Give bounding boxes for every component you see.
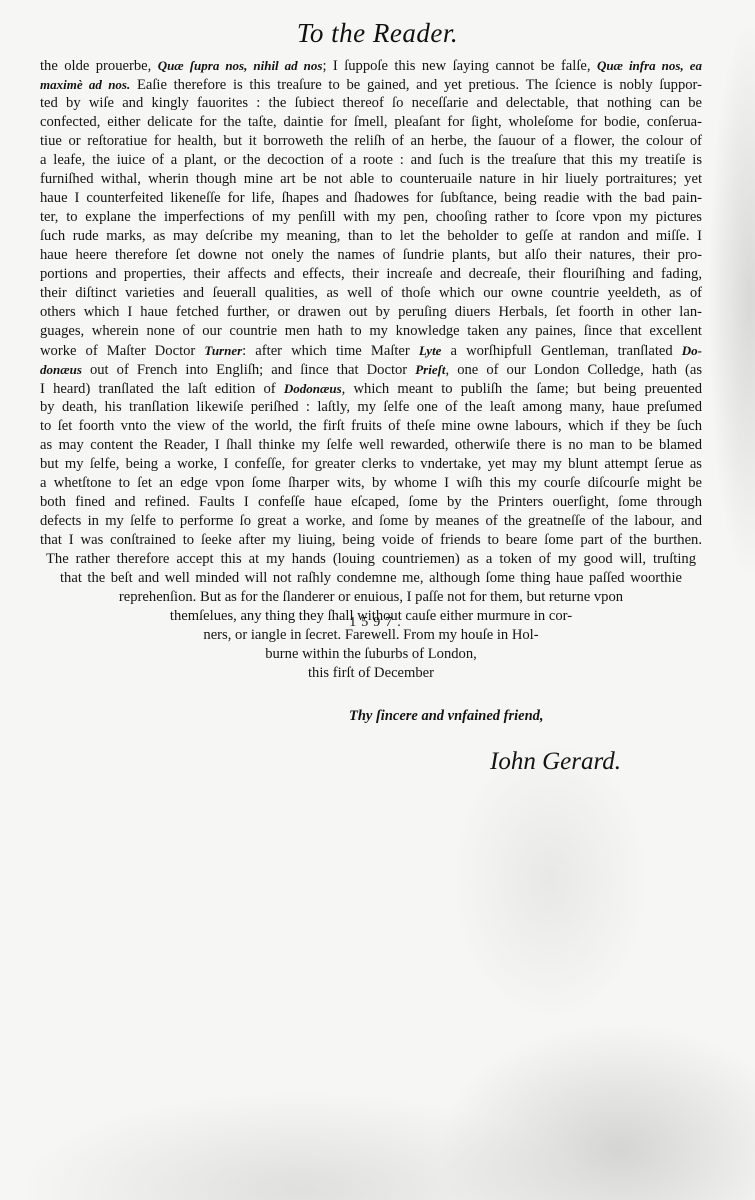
text-line: a leafe, the iuice of a plant, or the de… (40, 151, 702, 170)
text-line: that the beſt and well minded will not r… (60, 569, 682, 588)
text-line: both fined and refined. Faults I confeſſ… (40, 493, 702, 512)
text-segment: , one of our London Colledge, hath (as (446, 362, 702, 378)
text-segment: worke of Maſter Doctor (40, 343, 204, 359)
text-segment: a worſhipfull Gentleman, tranſlated (441, 343, 681, 359)
closing-salutation: Thy ſincere and vnfained friend, (349, 708, 544, 725)
italic-text: donæus (40, 362, 82, 377)
date-year: 1597. (0, 615, 755, 631)
text-segment: a leafe, the iuice of a plant, or the de… (40, 152, 702, 168)
text-line: this firſt of December (40, 664, 702, 683)
text-line: that I was conſtrained to ſeeke after my… (40, 531, 702, 550)
text-line: to ſet foorth vnto the view of the world… (40, 417, 702, 436)
text-segment: as may content the Reader, I ſhall think… (40, 437, 702, 453)
text-segment: portions and properties, their affects a… (40, 266, 702, 282)
text-segment: haue heere therefore ſet downe not onely… (40, 247, 702, 263)
italic-text: Prieſt (415, 362, 445, 377)
text-segment: haue I counterfeited likeneſſe for life,… (40, 190, 702, 206)
text-line: ted by wiſe and kingly fauorites : the ſ… (40, 94, 702, 113)
text-line: haue heere therefore ſet downe not onely… (40, 246, 702, 265)
text-line: haue I counterfeited likeneſſe for life,… (40, 189, 702, 208)
italic-text: maximè ad nos. (40, 77, 130, 92)
text-segment: ; I ſuppoſe this new ſaying cannot be fa… (322, 58, 596, 74)
text-line: by death, his tranſlation likewiſe periſ… (40, 398, 702, 417)
text-line: defects in my ſelfe to performe ſo great… (40, 512, 702, 531)
text-segment: that the beſt and well minded will not r… (60, 570, 682, 586)
text-segment: ted by wiſe and kingly fauorites : the ſ… (40, 95, 702, 111)
italic-text: Quæ ſupra nos, nihil ad nos (158, 58, 323, 73)
page-title: To the Reader. (0, 18, 755, 49)
text-line: their diſtinct varieties and ſeuerall qu… (40, 284, 702, 303)
text-segment: guages, wherein none of our countrie men… (40, 323, 702, 339)
text-segment: : after which time Maſter (242, 343, 419, 359)
text-segment: that I was conſtrained to ſeeke after my… (40, 532, 702, 548)
text-segment: this firſt of December (308, 665, 434, 681)
text-segment: ſuch rude marks, as may deſcribe my mean… (40, 228, 702, 244)
text-line: tiue or reſtoratiue for health, but it b… (40, 132, 702, 151)
text-segment: ter, to explane the imperfections of my … (40, 209, 702, 225)
text-line: worke of Maſter Doctor Turner: after whi… (40, 341, 702, 360)
text-segment: burne within the ſuburbs of London, (265, 646, 477, 662)
text-segment: both fined and refined. Faults I confeſſ… (40, 494, 702, 510)
italic-text: Quæ infra nos, ea (597, 58, 702, 73)
text-line: ſuch rude marks, as may deſcribe my mean… (40, 227, 702, 246)
text-line: the olde prouerbe, Quæ ſupra nos, nihil … (40, 56, 702, 75)
scanned-page: To the Reader. the olde prouerbe, Quæ ſu… (0, 0, 755, 1200)
text-segment: confected, either delicate for the taſte… (40, 114, 702, 130)
text-line: reprehenſion. But as for the ſlanderer o… (40, 588, 702, 607)
text-segment: out of French into Engliſh; and ſince th… (82, 362, 415, 378)
text-line: portions and properties, their affects a… (40, 265, 702, 284)
text-segment: to ſet foorth vnto the view of the world… (40, 418, 702, 434)
text-segment: furniſhed withal, wherin though mine art… (40, 171, 702, 187)
text-segment: The rather therefore accept this at my h… (46, 551, 696, 567)
text-segment: their diſtinct varieties and ſeuerall qu… (40, 285, 702, 301)
text-line: ter, to explane the imperfections of my … (40, 208, 702, 227)
text-line: as may content the Reader, I ſhall think… (40, 436, 702, 455)
text-line: donæus out of French into Engliſh; and ſ… (40, 360, 702, 379)
text-segment: I heard) tranſlated the laſt edition of (40, 381, 284, 397)
text-segment: reprehenſion. But as for the ſlanderer o… (119, 589, 623, 605)
text-segment: Eaſie therefore is this treaſure to be g… (130, 77, 702, 93)
italic-text: Dodonæus (284, 381, 342, 396)
text-line: guages, wherein none of our countrie men… (40, 322, 702, 341)
italic-text: Do- (682, 343, 702, 358)
text-line: others which I haue fetched further, or … (40, 303, 702, 322)
text-segment: defects in my ſelfe to performe ſo great… (40, 513, 702, 529)
author-signature: Iohn Gerard. (490, 748, 621, 776)
text-line: burne within the ſuburbs of London, (40, 645, 702, 664)
text-line: furniſhed withal, wherin though mine art… (40, 170, 702, 189)
text-line: The rather therefore accept this at my h… (46, 550, 696, 569)
text-segment: tiue or reſtoratiue for health, but it b… (40, 133, 702, 149)
text-segment: a whetſtone to ſet an edge vpon ſome ſha… (40, 475, 702, 491)
italic-text: Turner (204, 343, 242, 358)
text-line: confected, either delicate for the taſte… (40, 113, 702, 132)
text-line: maximè ad nos. Eaſie therefore is this t… (40, 75, 702, 94)
preface-body-text: the olde prouerbe, Quæ ſupra nos, nihil … (40, 56, 702, 683)
text-line: but my ſelfe, being a worke, I confeſſe,… (40, 455, 702, 474)
text-line: I heard) tranſlated the laſt edition of … (40, 379, 702, 398)
text-segment: the olde prouerbe, (40, 58, 158, 74)
text-segment: , which meant to publiſh the ſame; but b… (342, 381, 702, 397)
text-segment: others which I haue fetched further, or … (40, 304, 702, 320)
text-line: a whetſtone to ſet an edge vpon ſome ſha… (40, 474, 702, 493)
text-segment: but my ſelfe, being a worke, I confeſſe,… (40, 456, 702, 472)
text-segment: by death, his tranſlation likewiſe periſ… (40, 399, 702, 415)
italic-text: Lyte (419, 343, 442, 358)
